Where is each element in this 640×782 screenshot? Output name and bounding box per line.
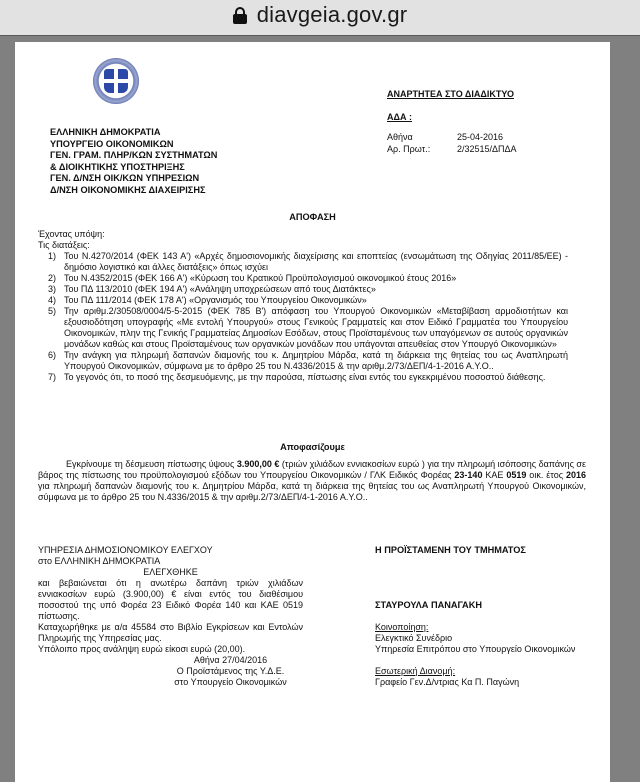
document-page: ΕΛΛΗΝΙΚΗ ΔΗΜΟΚΡΑΤΙΑ ΥΠΟΥΡΓΕΙΟ ΟΙΚΟΝΟΜΙΚΩ… bbox=[15, 42, 610, 782]
issuing-authority: ΕΛΛΗΝΙΚΗ ΔΗΜΟΚΡΑΤΙΑ ΥΠΟΥΡΓΕΙΟ ΟΙΚΟΝΟΜΙΚΩ… bbox=[50, 127, 217, 196]
post-online-label: ΑΝΑΡΤΗΤΕΑ ΣΤΟ ΔΙΑΔΙΚΤΥΟ bbox=[387, 89, 517, 99]
signatory-role: Η ΠΡΟΪΣΤΑΜΕΝΗ ΤΟΥ ΤΜΗΜΑΤΟΣ bbox=[375, 545, 600, 556]
audit-office: ΥΠΗΡΕΣΙΑ ΔΗΜΟΣΙΟΝΟΜΙΚΟΥ ΕΛΕΓΧΟΥ bbox=[38, 545, 303, 556]
ada-label: ΑΔΑ : bbox=[387, 112, 517, 122]
authority-line: & ΔΙΟΙΚΗΤΙΚΗΣ ΥΠΟΣΤΗΡΙΞΗΣ bbox=[50, 162, 217, 174]
list-item: 3)Του ΠΔ 113/2010 (ΦΕΚ 194 Α') «Ανάληψη … bbox=[38, 284, 578, 295]
internal-distribution-label: Εσωτερική Διανομή: bbox=[375, 666, 600, 677]
url-text[interactable]: diavgeia.gov.gr bbox=[257, 2, 408, 28]
notification-label: Κοινοποίηση: bbox=[375, 622, 600, 633]
audit-checked: ΕΛΕΓΧΘΗΚΕ bbox=[38, 567, 303, 578]
protocol-label: Αρ. Πρωτ.: bbox=[387, 144, 457, 156]
authority-line: ΓΕΝ. Δ/ΝΣΗ ΟΙΚ/ΚΩΝ ΥΠΗΡΕΣΙΩΝ bbox=[50, 173, 217, 185]
agency-code: 23-140 bbox=[454, 470, 482, 480]
internal-recipient: Γραφείο Γεν.Δ/ντριας Κα Π. Παγώνη bbox=[375, 677, 600, 688]
kae-code: 0519 bbox=[506, 470, 526, 480]
notification-recipient: Υπηρεσία Επιτρόπου στο Υπουργείο Οικονομ… bbox=[375, 644, 600, 655]
approved-amount: 3.900,00 € bbox=[237, 459, 280, 469]
audit-sign-org: στο Υπουργείο Οικονομικών bbox=[38, 677, 303, 688]
audit-sign-date: Αθήνα 27/04/2016 bbox=[38, 655, 303, 666]
authority-line: ΓΕΝ. ΓΡΑΜ. ΠΛΗΡ/ΚΩΝ ΣΥΣΤΗΜΑΤΩΝ bbox=[50, 150, 217, 162]
considering-label: Έχοντας υπόψη: bbox=[38, 229, 578, 240]
list-item: 2)Του Ν.4352/2015 (ΦΕΚ 166 Α') «Κύρωση τ… bbox=[38, 273, 578, 284]
list-item: 7)Το γεγονός ότι, το ποσό της δεσμευόμεν… bbox=[38, 372, 578, 383]
protocol-number: 2/32515/ΔΠΔΑ bbox=[457, 144, 517, 156]
audit-sign-role: Ο Προϊστάμενος της Υ.Δ.Ε. bbox=[38, 666, 303, 677]
fiscal-year: 2016 bbox=[566, 470, 586, 480]
audit-confirmation: και βεβαιώνεται ότι η ανωτέρω δαπάνη τρι… bbox=[38, 578, 303, 622]
notification-recipient: Ελεγκτικό Συνέδριο bbox=[375, 633, 600, 644]
considerations: Έχοντας υπόψη: Τις διατάξεις: 1)Του Ν.42… bbox=[38, 229, 578, 383]
lock-icon bbox=[233, 7, 247, 24]
decision-heading: Αποφασίζουμε bbox=[15, 442, 610, 452]
signature-block: Η ΠΡΟΪΣΤΑΜΕΝΗ ΤΟΥ ΤΜΗΜΑΤΟΣ ΣΤΑΥΡΟΥΛΑ ΠΑΝ… bbox=[375, 545, 600, 688]
list-item: 4)Του ΠΔ 111/2014 (ΦΕΚ 178 Α') «Οργανισμ… bbox=[38, 295, 578, 306]
coat-of-arms-icon bbox=[93, 58, 139, 104]
audit-remaining: Υπόλοιπο προς ανάληψη ευρώ είκοσι ευρώ (… bbox=[38, 644, 303, 655]
authority-line: ΥΠΟΥΡΓΕΙΟ ΟΙΚΟΝΟΜΙΚΩΝ bbox=[50, 139, 217, 151]
provisions-list: 1)Του Ν.4270/2014 (ΦΕΚ 143 Α') «Αρχές δη… bbox=[38, 251, 578, 383]
list-item: 6)Την ανάγκη για πληρωμή δαπανών διαμονή… bbox=[38, 350, 578, 372]
place-label: Αθήνα bbox=[387, 132, 457, 144]
provisions-label: Τις διατάξεις: bbox=[38, 240, 578, 251]
document-date: 25-04-2016 bbox=[457, 132, 503, 144]
browser-url-bar[interactable]: diavgeia.gov.gr bbox=[0, 0, 640, 36]
list-item: 5)Την αριθμ.2/30508/0004/5-5-2015 (ΦΕΚ 7… bbox=[38, 306, 578, 350]
list-item: 1)Του Ν.4270/2014 (ΦΕΚ 143 Α') «Αρχές δη… bbox=[38, 251, 578, 273]
audit-certification: ΥΠΗΡΕΣΙΑ ΔΗΜΟΣΙΟΝΟΜΙΚΟΥ ΕΛΕΓΧΟΥ στο ΕΛΛΗ… bbox=[38, 545, 303, 688]
authority-line: ΕΛΛΗΝΙΚΗ ΔΗΜΟΚΡΑΤΙΑ bbox=[50, 127, 217, 139]
audit-registration: Καταχωρήθηκε με α/α 45584 στο Βιβλίο Εγκ… bbox=[38, 622, 303, 644]
approval-paragraph: Εγκρίνουμε τη δέσμευση πίστωσης ύψους 3.… bbox=[38, 459, 586, 503]
authority-line: Δ/ΝΣΗ ΟΙΚΟΝΟΜΙΚΗΣ ΔΙΑΧΕΙΡΙΣΗΣ bbox=[50, 185, 217, 197]
signatory-name: ΣΤΑΥΡΟΥΛΑ ΠΑΝΑΓΑΚΗ bbox=[375, 600, 600, 611]
document-meta: ΑΝΑΡΤΗΤΕΑ ΣΤΟ ΔΙΑΔΙΚΤΥΟ ΑΔΑ : Αθήνα25-04… bbox=[387, 89, 517, 155]
document-title: ΑΠΟΦΑΣΗ bbox=[15, 212, 610, 222]
audit-office-sub: στο ΕΛΛΗΝΙΚΗ ΔΗΜΟΚΡΑΤΙΑ bbox=[38, 556, 303, 567]
